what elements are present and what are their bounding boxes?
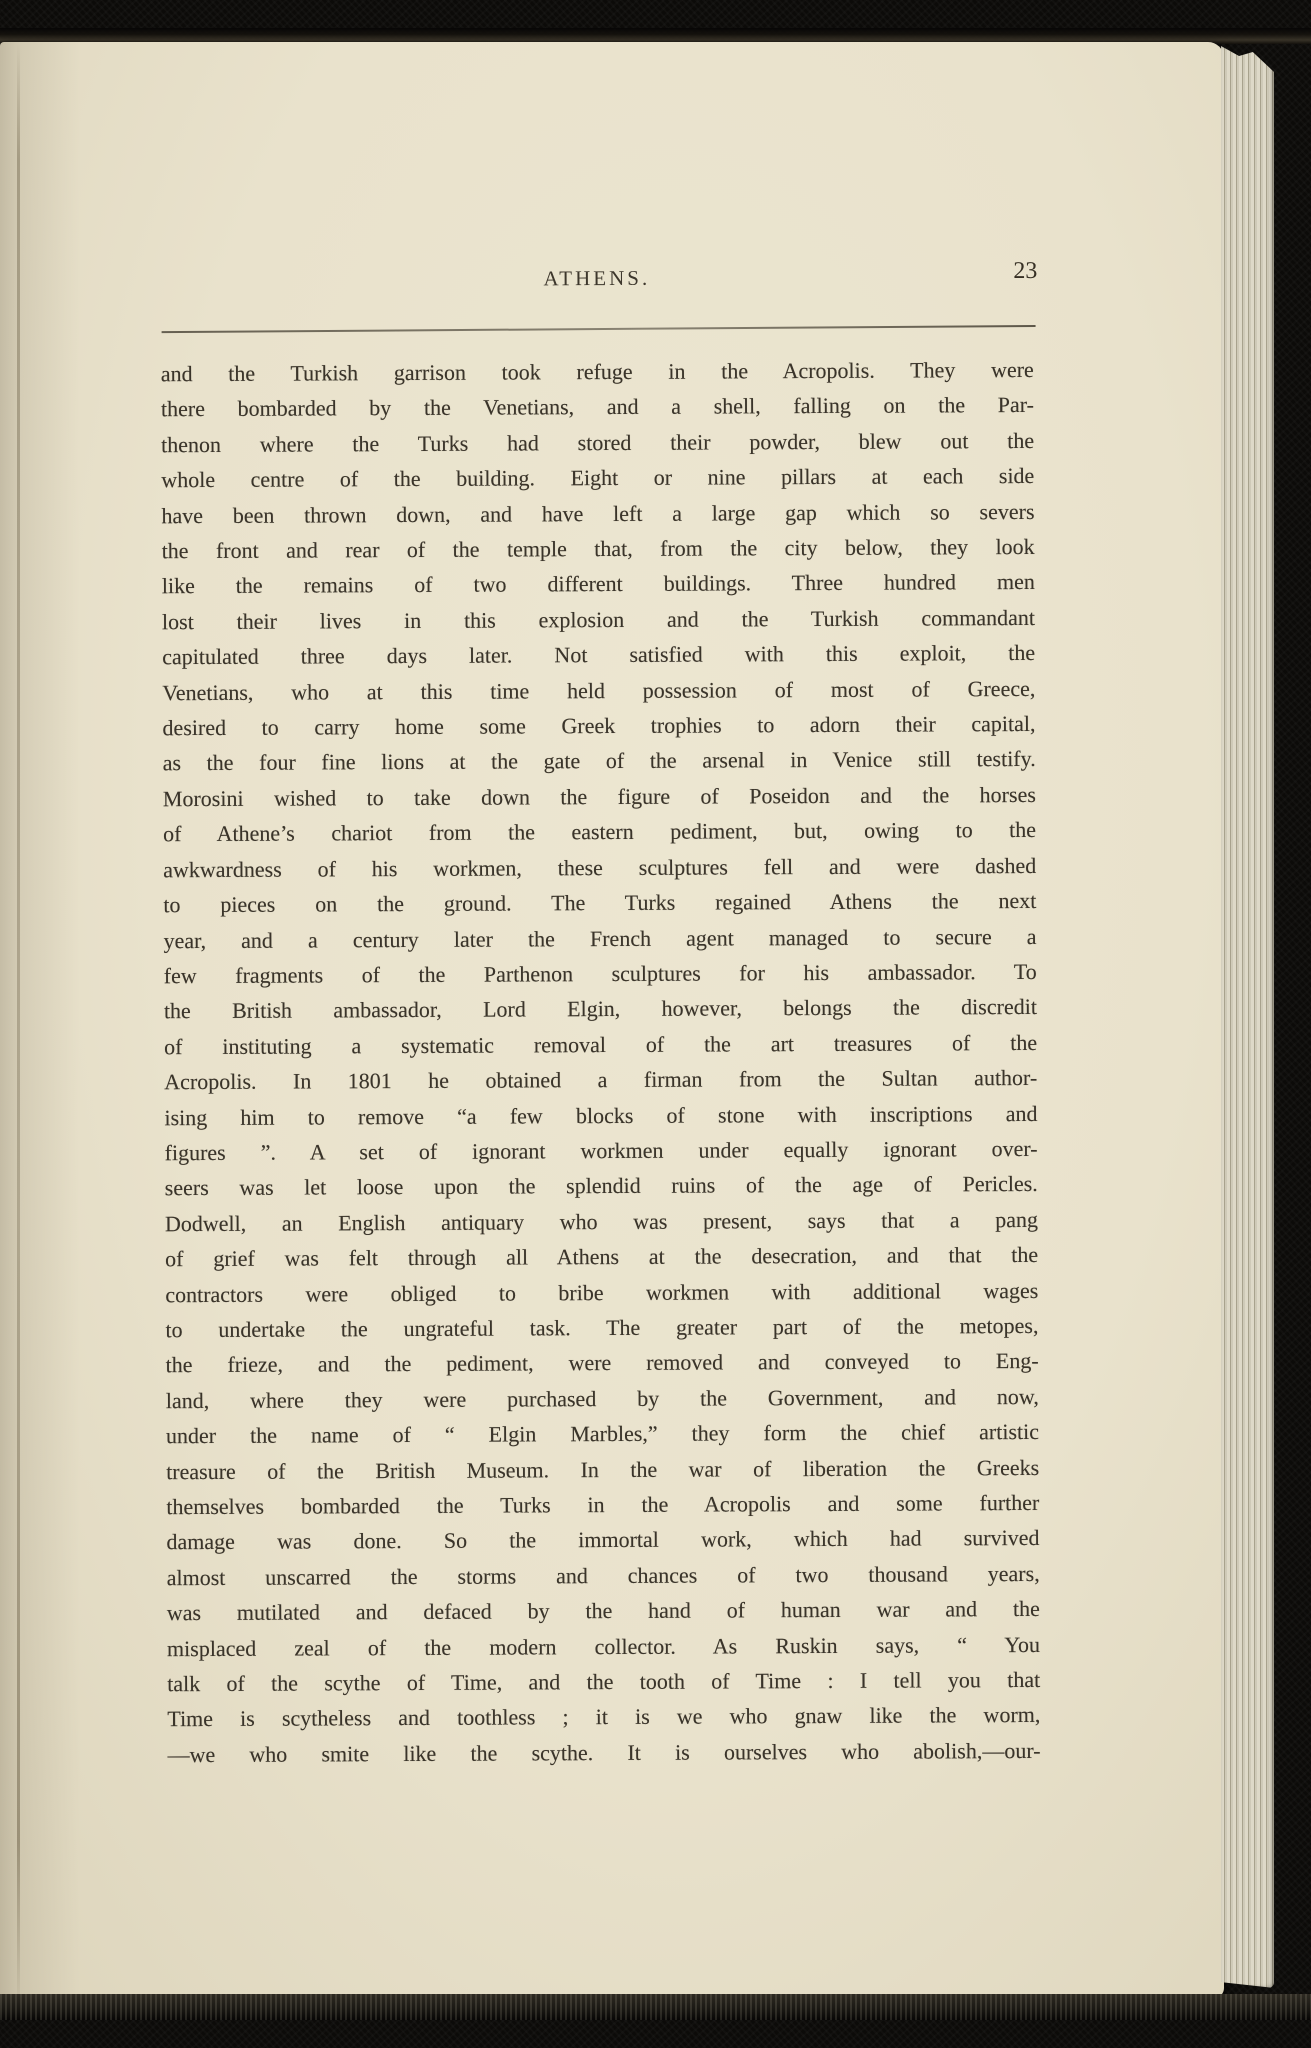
text-line: Acropolis. In 1801 he obtained a firman … xyxy=(164,1060,1037,1100)
text-line: figures ”. A set of ignorant workmen und… xyxy=(165,1131,1038,1171)
text-line: to pieces on the ground. The Turks regai… xyxy=(163,883,1036,923)
text-line: damage was done. So the immortal work, w… xyxy=(166,1520,1039,1560)
text-line: Morosini wished to take down the figure … xyxy=(163,777,1036,817)
text-line: under the name of “ Elgin Marbles,” they… xyxy=(166,1414,1039,1454)
text-line: Venetians, who at this time held possess… xyxy=(162,671,1035,711)
text-line: lost their lives in this explosion and t… xyxy=(162,600,1035,640)
text-line: seers was let loose upon the splendid ru… xyxy=(165,1166,1038,1206)
text-line: the British ambassador, Lord Elgin, howe… xyxy=(164,989,1037,1029)
text-line: of Athene’s chariot from the eastern ped… xyxy=(163,812,1036,852)
text-line: —we who smite like the scythe. It is our… xyxy=(167,1733,1040,1773)
text-line: and the Turkish garrison took refuge in … xyxy=(161,352,1034,392)
text-line: the frieze, and the pediment, were remov… xyxy=(166,1343,1039,1383)
text-line: talk of the scythe of Time, and the toot… xyxy=(167,1662,1040,1702)
text-line: treasure of the British Museum. In the w… xyxy=(166,1450,1039,1490)
text-line: have been thrown down, and have left a l… xyxy=(161,494,1034,534)
text-line: land, where they were purchased by the G… xyxy=(166,1379,1039,1419)
text-line: Time is scytheless and toothless ; it is… xyxy=(167,1697,1040,1737)
book-page: ATHENS. 23 and the Turkish garrison took… xyxy=(0,42,1224,1998)
text-line: almost unscarred the storms and chances … xyxy=(167,1556,1040,1596)
page-content: ATHENS. 23 and the Turkish garrison took… xyxy=(0,39,1230,2001)
body-text: and the Turkish garrison took refuge in … xyxy=(161,352,1041,1772)
text-line: awkwardness of his workmen, these sculpt… xyxy=(163,848,1036,888)
text-line: of instituting a systematic removal of t… xyxy=(164,1025,1037,1065)
text-line: ising him to remove “a few blocks of sto… xyxy=(164,1095,1037,1135)
text-line: the front and rear of the temple that, f… xyxy=(162,529,1035,569)
fore-edge-page-stack xyxy=(1221,46,1274,1988)
text-line: as the four fine lions at the gate of th… xyxy=(163,741,1036,781)
text-line: desired to carry home some Greek trophie… xyxy=(162,706,1035,746)
text-line: themselves bombarded the Turks in the Ac… xyxy=(166,1485,1039,1525)
book-cover-bottom-edge xyxy=(0,1994,1311,2020)
text-line: Dodwell, an English antiquary who was pr… xyxy=(165,1202,1038,1242)
text-line: was mutilated and defaced by the hand of… xyxy=(167,1591,1040,1631)
text-line: whole centre of the building. Eight or n… xyxy=(161,458,1034,498)
text-line: misplaced zeal of the modern collector. … xyxy=(167,1627,1040,1667)
text-line: contractors were obliged to bribe workme… xyxy=(165,1272,1038,1312)
text-line: few fragments of the Parthenon sculpture… xyxy=(164,954,1037,994)
text-line: there bombarded by the Venetians, and a … xyxy=(161,387,1034,427)
text-line: thenon where the Turks had stored their … xyxy=(161,423,1034,463)
text-line: to undertake the ungrateful task. The gr… xyxy=(165,1308,1038,1348)
text-line: year, and a century later the French age… xyxy=(163,918,1036,958)
text-line: like the remains of two different buildi… xyxy=(162,564,1035,604)
page-number: 23 xyxy=(953,258,1037,285)
header-rule xyxy=(162,325,1036,333)
text-line: capitulated three days later. Not satisf… xyxy=(162,635,1035,675)
running-head-title: ATHENS. xyxy=(160,264,1033,293)
text-line: of grief was felt through all Athens at … xyxy=(165,1237,1038,1277)
